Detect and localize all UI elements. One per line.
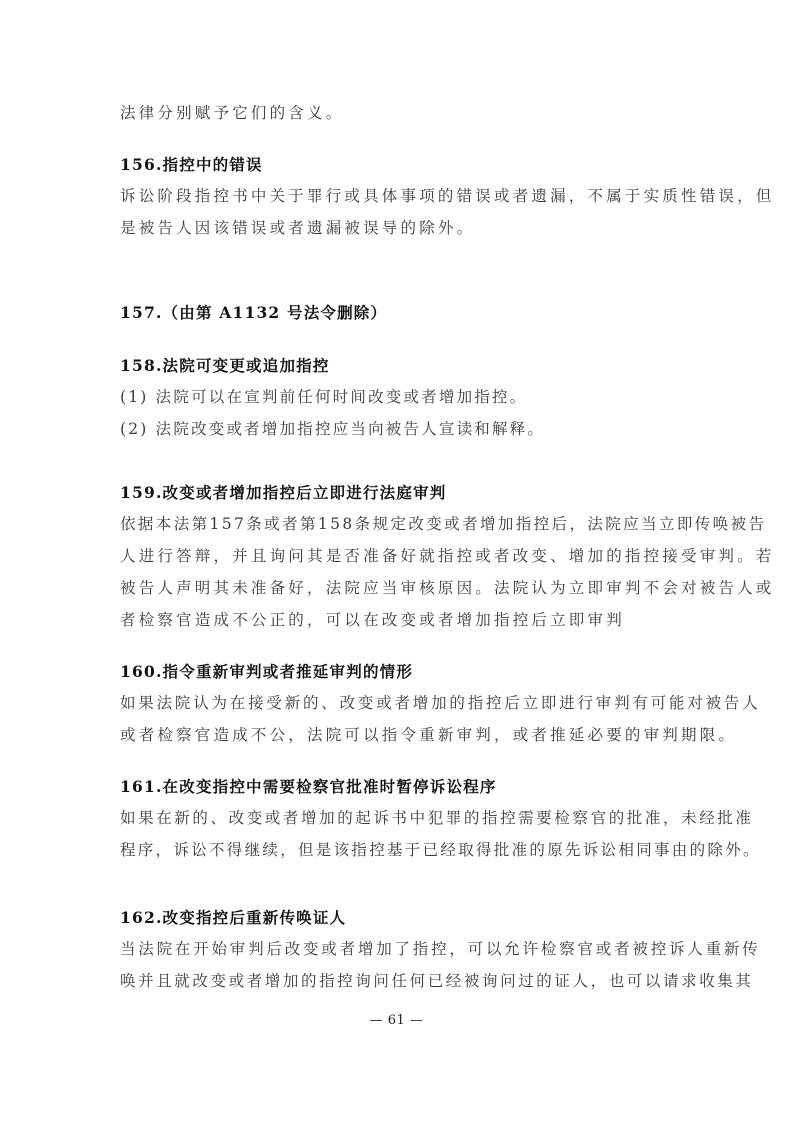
section-159-line-3: 被告人声明其未准备好，法院应当审核原因。法院认为立即审判不会对被告人或 — [120, 578, 775, 598]
section-161-line-1: 如果在新的、改变或者增加的起诉书中犯罪的指控需要检察官的批准，未经批准 — [120, 808, 754, 828]
section-156-line-1: 诉讼阶段指控书中关于罪行或具体事项的错误或者遗漏，不属于实质性错误，但 — [120, 186, 775, 206]
section-159-line-1: 依据本法第157条或者第158条规定改变或者增加指控后，法院应当立即传唤被告 — [120, 514, 766, 534]
section-159-heading: 159.改变或者增加指控后立即进行法庭审判 — [120, 483, 446, 503]
intro-line: 法律分别赋予它们的含义。 — [120, 103, 344, 123]
section-158-heading: 158.法院可变更或追加指控 — [120, 356, 330, 376]
section-158-item-1: (1) 法院可以在宣判前任何时间改变或者增加指控。 — [120, 387, 527, 407]
section-158-item-2: (2) 法院改变或者增加指控应当向被告人宣读和解释。 — [120, 419, 545, 439]
section-160-heading: 160.指令重新审判或者推延审判的情形 — [120, 662, 413, 682]
section-156-line-2: 是被告人因该错误或者遗漏被误导的除外。 — [120, 218, 475, 238]
section-162-line-2: 唤并且就改变或者增加的指控询问任何已经被询问过的证人，也可以请求收集其 — [120, 971, 754, 991]
section-161-line-2: 程序，诉讼不得继续，但是该指控基于已经取得批准的原先诉讼相同事由的除外。 — [120, 840, 761, 860]
section-160-line-1: 如果法院认为在接受新的、改变或者增加的指控后立即进行审判有可能对被告人 — [120, 693, 761, 713]
section-159-line-2: 人进行答辩，并且询问其是否准备好就指控或者改变、增加的指控接受审判。若 — [120, 546, 775, 566]
section-159-line-4: 者检察官造成不公正的，可以在改变或者增加指控后立即审判 — [120, 610, 625, 630]
section-161-heading: 161.在改变指控中需要检察官批准时暂停诉讼程序 — [120, 777, 497, 797]
section-157-heading: 157.（由第 A1132 号法令删除） — [120, 303, 387, 323]
page-number: — 61 — — [0, 1013, 793, 1028]
document-page: 法律分别赋予它们的含义。 156.指控中的错误 诉讼阶段指控书中关于罪行或具体事… — [0, 0, 793, 1122]
section-162-heading: 162.改变指控后重新传唤证人 — [120, 908, 346, 928]
section-156-heading: 156.指控中的错误 — [120, 155, 263, 175]
section-162-line-1: 当法院在开始审判后改变或者增加了指控，可以允许检察官或者被控诉人重新传 — [120, 939, 761, 959]
section-160-line-2: 或者检察官造成不公，法院可以指令重新审判，或者推延必要的审判期限。 — [120, 725, 737, 745]
